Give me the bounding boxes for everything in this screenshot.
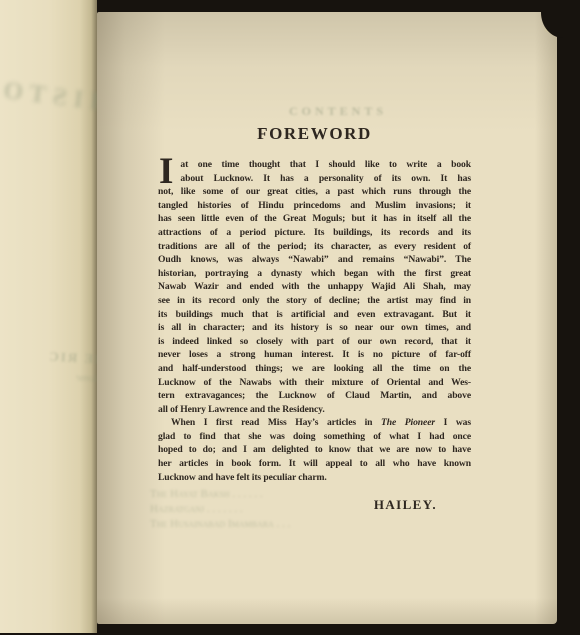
text-line: and half-understood things; we are looki… [158,362,471,376]
ghost-left-title: HISTO [0,74,111,118]
page-title: FOREWORD [158,124,471,144]
text-line: historian, portraying a dynasty which be… [158,267,471,281]
text-line: Nawab Wazir and ended with the unhappy W… [158,280,471,294]
text-line: has seen little even of the Great Moguls… [158,212,471,226]
ghost-left-line2: Some [30,369,101,385]
text-line: When I first read Miss Hay’s articles in… [158,416,471,430]
paragraph-2: When I first read Miss Hay’s articles in… [158,416,471,484]
text-line: at one time thought that I should like t… [158,158,471,172]
text-line: all of Henry Lawrence and the Residency. [158,403,471,417]
book-photo: HISTO THE RIC Some CONTENTS The Hayat Ba… [0,0,580,635]
text-line: about Lucknow. It has a personality of i… [158,172,471,186]
text-line: is all in character; and its history is … [158,321,471,335]
text-line: traditions are all of the period; its ch… [158,240,471,254]
text-line: Lucknow and have felt its peculiar charm… [158,471,471,485]
signature: HAILEY. [158,497,471,513]
left-page: HISTO THE RIC Some [0,0,97,633]
text-line: attractions of a period picture. Its bui… [158,226,471,240]
text-line: Oudh knows, was always “Nawabi” and rema… [158,253,471,267]
text-line: her articles in book form. It will appea… [158,457,471,471]
text-line: glad to find that she was doing somethin… [158,430,471,444]
paragraph-1: I at one time thought that I should like… [158,158,471,416]
drop-cap: I [159,159,173,185]
text-line: tern extravagances; the Lucknow of Claud… [158,389,471,403]
text-line: not, like some of our great cities, a pa… [158,185,471,199]
foreword-text-block: FOREWORD I at one time thought that I sh… [158,124,471,513]
text-line: Lucknow of the Nawabs with their mixture… [158,376,471,390]
text-line: see in its record only the story of decl… [158,294,471,308]
text-span: I was [435,417,471,428]
text-span: When I first read Miss Hay’s articles in [171,417,381,428]
text-line: never loses a strong human interest. It … [158,348,471,362]
text-line: is indeed linked so closely with part of… [158,335,471,349]
text-line: tangled histories of Hindu princedoms an… [158,199,471,213]
italic-title-span: The Pioneer [381,417,435,428]
text-line: its buildings much that is artificial an… [158,308,471,322]
text-line: hoped to do; and I am delighted to know … [158,443,471,457]
